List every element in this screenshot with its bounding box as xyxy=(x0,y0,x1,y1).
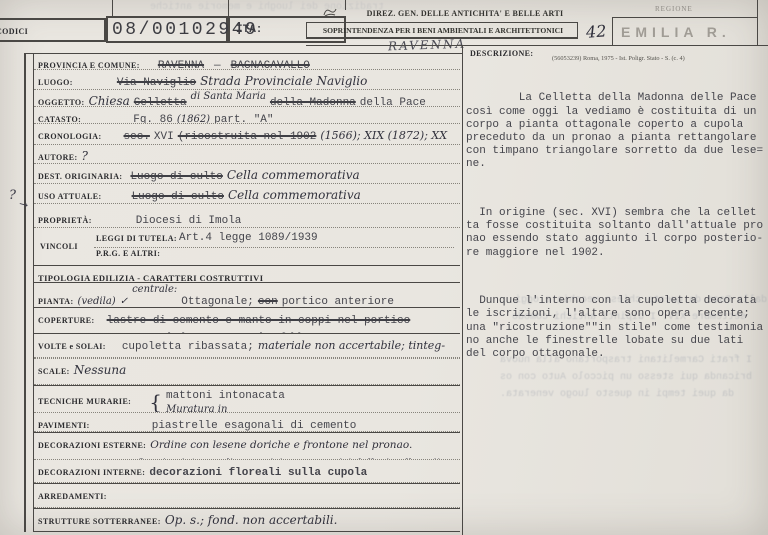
field-label: PROPRIETÀ: xyxy=(38,216,92,225)
handwritten-correction: di Santa Maria xyxy=(191,91,266,102)
field-catasto: CATASTO: Fg. 86 (1862) part. "A" xyxy=(34,107,460,124)
field-label: VOLTE e SOLAI: xyxy=(38,342,106,351)
sheet-number-handwritten: 42 xyxy=(585,21,607,41)
form-rule xyxy=(112,0,113,17)
field-label: SCALE: xyxy=(38,367,70,376)
struck-value: Luogo di culto xyxy=(132,191,224,203)
field-tecniche-murarie: TECNICHE MURARIE: { mattoni intonacata M… xyxy=(34,385,460,413)
struck-value: BAGNACAVALLO xyxy=(231,60,310,70)
handwritten-value: (1862) xyxy=(177,114,210,124)
descrizione-text: La Celletta della Madonna delle Pace cos… xyxy=(466,66,768,397)
regione-stamp-text: EMILIA R. xyxy=(621,24,731,40)
struck-value: RAVENNA xyxy=(158,60,204,70)
field-decorazioni-interne: DECORAZIONI INTERNE: decorazioni floreal… xyxy=(34,460,460,483)
field-label: STRUTTURE SOTTERRANEE: xyxy=(38,517,161,526)
handwritten-value: Op. s.; fond. non accertabili. xyxy=(165,513,338,527)
struck-value: Celletta xyxy=(134,97,187,107)
sub-field-label: P.R.G. E ALTRI: xyxy=(96,249,160,258)
field-provincia-comune: PROVINCIA E COMUNE: RAVENNA — BAGNACAVAL… xyxy=(34,53,460,70)
field-arredamenti: ARREDAMENTI: xyxy=(34,483,460,508)
field-label: AUTORE: xyxy=(38,153,78,162)
handwritten-value: Cella commemorativa xyxy=(227,168,360,182)
struck-value: con xyxy=(258,296,278,308)
typed-value: Art.4 legge 1089/1939 xyxy=(179,232,318,244)
typed-value: decorazioni floreali sulla cupola xyxy=(149,467,367,479)
field-label: DECORAZIONI ESTERNE: xyxy=(38,441,146,450)
soprintendenza-box: SOPRINTENDENZA PER I BENI AMBIENTALI E A… xyxy=(306,22,578,39)
typed-value: Ottagonale; xyxy=(181,296,254,308)
form-rule xyxy=(94,247,454,248)
field-destinazione-originaria: DEST. ORIGINARIA: Luogo di culto Cella c… xyxy=(34,164,460,184)
margin-question-mark: ? xyxy=(9,188,16,203)
struck-value: (ricostruita nel 1902 xyxy=(178,131,317,143)
field-oggetto: OGGETTO: Chiesa Celletta di Santa Maria … xyxy=(34,90,460,107)
field-label: CRONOLOGIA: xyxy=(38,132,102,141)
field-label: ARREDAMENTI: xyxy=(38,492,107,501)
section-title: TIPOLOGIA EDILIZIA - CARATTERI COSTRUTTI… xyxy=(38,273,263,283)
field-autore: AUTORE: ? xyxy=(34,145,460,164)
field-volte-solai: VOLTE e SOLAI: cupoletta ribassata; mate… xyxy=(34,334,460,358)
struck-value: lastre di cemento e manto in coppi nel p… xyxy=(107,315,411,327)
struck-value: Via Naviglio xyxy=(117,77,196,89)
codici-box: CODICI xyxy=(0,18,106,42)
handwritten-value: Strada Provinciale Naviglio xyxy=(200,74,367,88)
field-strutture-sotterranee: STRUTTURE SOTTERRANEE: Op. s.; fond. non… xyxy=(34,508,460,532)
sub-field-label: LEGGI DI TUTELA: xyxy=(96,234,177,243)
field-vincoli: VINCOLI LEGGI DI TUTELA: Art.4 legge 108… xyxy=(34,228,460,266)
field-label: PROVINCIA E COMUNE: xyxy=(38,61,140,70)
field-proprieta: PROPRIETÀ: Diocesi di Imola xyxy=(34,204,460,228)
typed-value: portico anteriore xyxy=(282,296,394,308)
typed-value: Diocesi di Imola xyxy=(136,215,242,227)
field-label: DEST. ORIGINARIA: xyxy=(38,172,122,181)
form-rule xyxy=(228,0,229,17)
struck-value: sec. xyxy=(124,131,150,143)
margin-arrow: → xyxy=(17,197,29,212)
handwritten-value: Muratura in xyxy=(166,404,227,413)
field-uso-attuale: USO ATTUALE: Luogo di culto Cella commem… xyxy=(34,184,460,204)
column-divider xyxy=(462,45,463,535)
field-pianta: PIANTA: (vedila) ✓ centrale: Ottagonale;… xyxy=(34,283,460,308)
field-label: LUOGO: xyxy=(38,78,73,87)
handwritten-correction: centrale: xyxy=(132,284,177,295)
field-label: PAVIMENTI: xyxy=(38,421,90,430)
handwritten-value: Ordine con lesene doriche e frontone nel… xyxy=(150,439,412,451)
direzione-generale-title: DIREZ. GEN. DELLE ANTICHITA' E BELLE ART… xyxy=(345,9,585,18)
left-outer-border xyxy=(24,53,26,532)
handwritten-value: (vedila) xyxy=(78,296,116,307)
field-label: PIANTA: xyxy=(38,297,74,306)
typed-value: part. "A" xyxy=(214,114,273,124)
descrizione-paragraph: La Celletta della Madonna delle Pace cos… xyxy=(466,92,768,171)
scanned-catalog-form: dalla Pace da questa chiesa vecchia e og… xyxy=(0,0,768,535)
field-label: DECORAZIONI INTERNE: xyxy=(38,468,145,477)
field-label: TECNICHE MURARIE: xyxy=(38,397,131,406)
codici-label: CODICI xyxy=(0,27,28,36)
typed-value: Fg. 86 xyxy=(133,114,173,124)
dash: — xyxy=(214,60,221,70)
print-credit: (56053239) Roma, 1975 - Ist. Poligr. Sta… xyxy=(552,55,764,62)
form-rule xyxy=(306,45,768,46)
field-luogo: LUOGO: Via Naviglio Strada Provinciale N… xyxy=(34,70,460,90)
typed-value: cupoletta ribassata; xyxy=(122,341,254,353)
field-label: COPERTURE: xyxy=(38,316,95,325)
handwritten-value: Cella commemorativa xyxy=(228,188,361,202)
handwritten-brace: { xyxy=(149,390,162,414)
handwritten-value: ? xyxy=(82,149,88,163)
ita-label: ITA: xyxy=(236,24,262,36)
regione-stamp-box: EMILIA R. xyxy=(612,17,758,46)
handwritten-value: Chiesa xyxy=(89,94,130,107)
descrizione-paragraph: Dunque l'interno con la cupoletta decora… xyxy=(466,295,768,361)
field-pavimenti: PAVIMENTI: piastrelle esagonali di cemen… xyxy=(34,413,460,432)
descrizione-label: DESCRIZIONE: xyxy=(470,49,533,58)
regione-label: REGIONE xyxy=(655,5,693,13)
field-label: OGGETTO: xyxy=(38,98,85,107)
typed-value: della Pace xyxy=(360,97,426,107)
descrizione-paragraph: In origine (sec. XVI) sembra che la cell… xyxy=(466,207,768,260)
soprintendenza-title: SOPRINTENDENZA PER I BENI AMBIENTALI E A… xyxy=(309,26,577,35)
field-scale: SCALE: Nessuna xyxy=(34,358,460,385)
checkmark: ✓ xyxy=(120,296,128,307)
typed-value: mattoni intonacata xyxy=(166,390,285,402)
field-cronologia: CRONOLOGIA: sec. XVI (ricostruita nel 19… xyxy=(34,124,460,145)
handwritten-value: Nessuna xyxy=(74,363,127,377)
catalog-code-box: 08/00102949 xyxy=(106,16,228,43)
typed-value: piastrelle esagonali di cemento xyxy=(152,420,357,432)
field-label: CATASTO: xyxy=(38,115,81,124)
struck-value: della Madonna xyxy=(270,97,356,107)
struck-value: Luogo di culto xyxy=(130,171,222,183)
field-coperture: COPERTURE: lastre di cemento e manto in … xyxy=(34,308,460,334)
field-decorazioni-esterne: DECORAZIONI ESTERNE: Ordine con lesene d… xyxy=(34,432,460,460)
section-header-tipologia: TIPOLOGIA EDILIZIA - CARATTERI COSTRUTTI… xyxy=(34,266,460,283)
handwritten-value: materiale non accertabile; tinteg- xyxy=(258,339,445,352)
field-label: VINCOLI xyxy=(40,242,78,251)
typed-value: XVI xyxy=(154,131,174,143)
field-label: USO ATTUALE: xyxy=(38,192,102,201)
ministry-emblem-icon xyxy=(322,6,338,18)
